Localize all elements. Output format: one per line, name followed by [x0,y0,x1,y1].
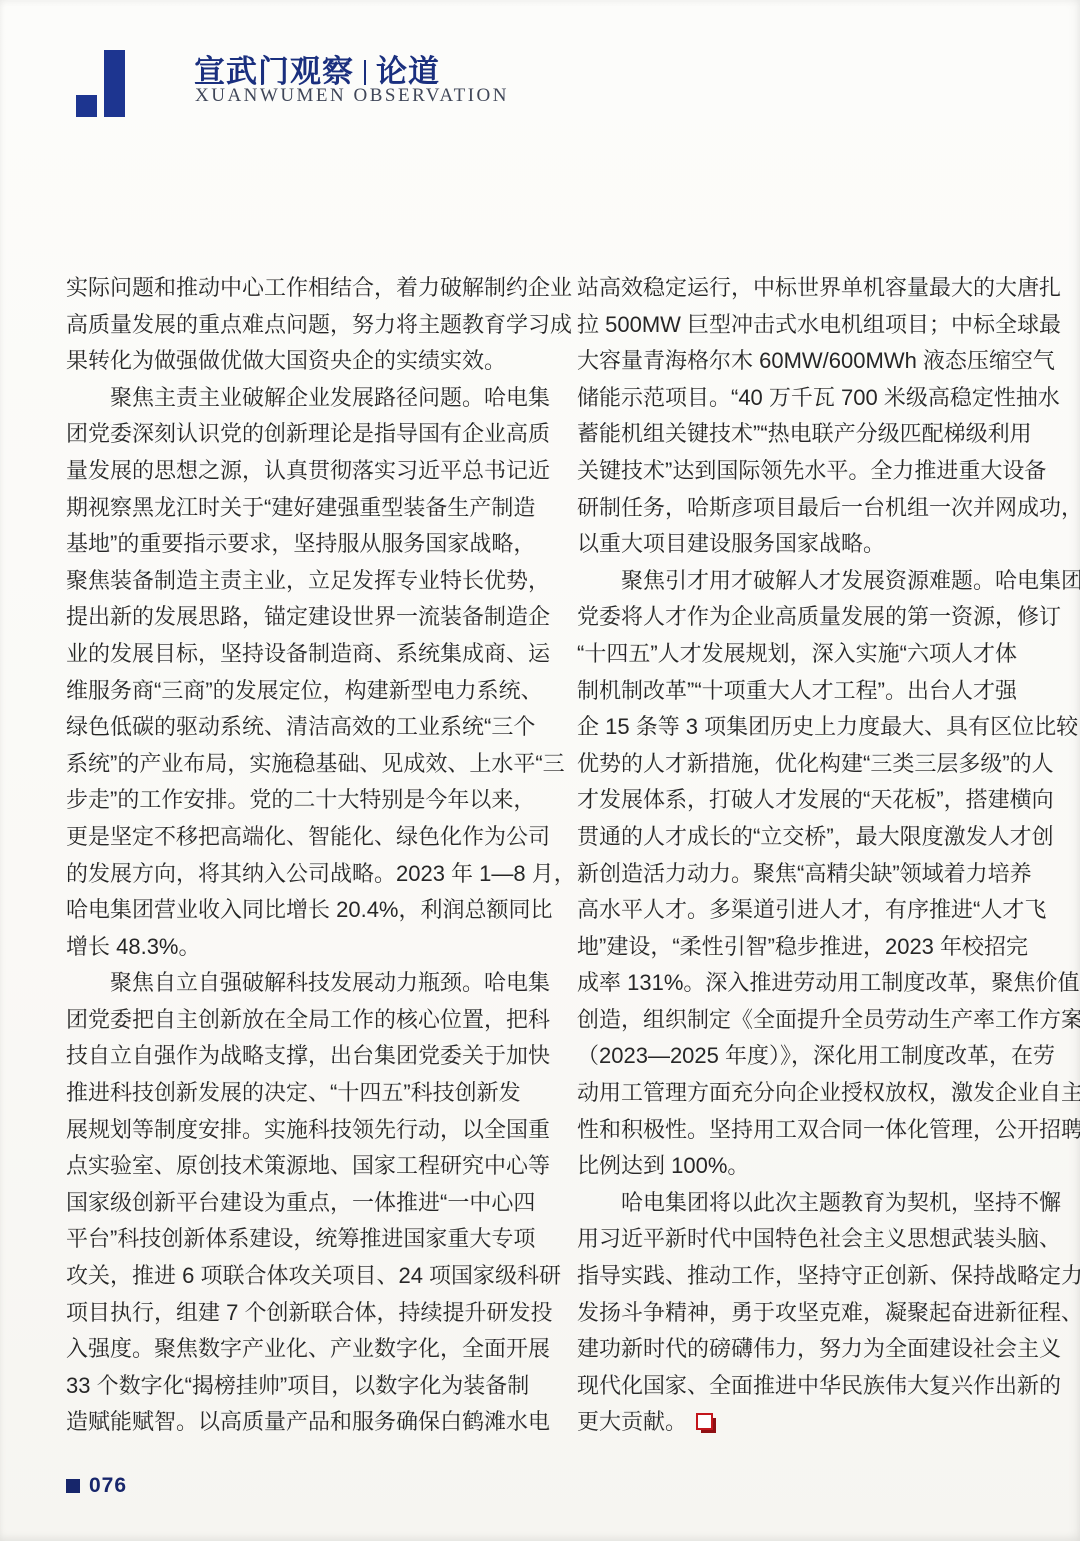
text-line: 地”建设，“柔性引智”稳步推进，2023 年校招完 [577,929,1039,966]
end-of-article-icon [696,1413,713,1430]
text-line: 造赋能赋智。以高质量产品和服务确保白鹤滩水电 [66,1404,528,1441]
text-line: 党委将人才作为企业高质量发展的第一资源，修订 [577,599,1039,636]
text-line: 优势的人才新措施，优化构建“三类三层多级”的人 [577,746,1039,783]
text-line: 点实验室、原创技术策源地、国家工程研究中心等 [66,1148,528,1185]
text-line: 推进科技创新发展的决定、“十四五”科技创新发 [66,1075,528,1112]
page-number-square-icon [66,1479,80,1493]
text-line: 量发展的思想之源，认真贯彻落实习近平总书记近 [66,453,528,490]
text-line: 性和积极性。坚持用工双合同一体化管理，公开招聘 [577,1112,1039,1149]
page-number: 076 [89,1474,127,1498]
text-line: 技自立自强作为战略支撑，出台集团党委关于加快 [66,1038,528,1075]
text-line: 哈电集团营业收入同比增长 20.4%，利润总额同比 [66,892,528,929]
text-line: 绿色低碳的驱动系统、清洁高效的工业系统“三个 [66,709,528,746]
text-line: 期视察黑龙江时关于“建好建强重型装备生产制造 [66,490,528,527]
text-line: 团党委把自主创新放在全局工作的核心位置，把科 [66,1002,528,1039]
text-line: 制机制改革”“十项重大人才工程”。出台人才强 [577,673,1039,710]
text-line: 现代化国家、全面推进中华民族伟大复兴作出新的 [577,1368,1039,1405]
text-line: 高水平人才。多渠道引进人才，有序推进“人才飞 [577,892,1039,929]
text-line: 站高效稳定运行，中标世界单机容量最大的大唐扎 [577,270,1039,307]
text-line: 储能示范项目。“40 万千瓦 700 米级高稳定性抽水 [577,380,1039,417]
text-line: 比例达到 100%。 [577,1148,1039,1185]
text-line: 创造，组织制定《全面提升全员劳动生产率工作方案 [577,1002,1039,1039]
text-line: 企 15 条等 3 项集团历史上力度最大、具有区位比较 [577,709,1039,746]
text-line: 高质量发展的重点难点问题，努力将主题教育学习成 [66,307,528,344]
text-line: 建功新时代的磅礴伟力，努力为全面建设社会主义 [577,1331,1039,1368]
text-line: 蓄能机组关键技术”“热电联产分级匹配梯级利用 [577,416,1039,453]
text-line: 展规划等制度安排。实施科技领先行动，以全国重 [66,1112,528,1149]
text-line: 攻关，推进 6 项联合体攻关项目、24 项国家级科研 [66,1258,528,1295]
text-line: 才发展体系，打破人才发展的“天花板”，搭建横向 [577,782,1039,819]
text-line: 新创造活力动力。聚焦“高精尖缺”领域着力培养 [577,856,1039,893]
brand-section-cn: 论道 [376,54,440,89]
text-line: 平台”科技创新体系建设，统筹推进国家重大专项 [66,1221,528,1258]
brand-name-cn: 宣武门观察 [194,54,354,89]
brand-divider [364,60,366,85]
text-line: 项目执行，组建 7 个创新联合体，持续提升研发投 [66,1295,528,1332]
article-column-left: 实际问题和推动中心工作相结合，着力破解制约企业高质量发展的重点难点问题，努力将主… [66,270,528,1441]
text-line: 大容量青海格尔木 60MW/600MWh 液态压缩空气 [577,343,1039,380]
text-line: 聚焦主责主业破解企业发展路径问题。哈电集 [66,380,528,417]
text-line: 提出新的发展思路，锚定建设世界一流装备制造企 [66,599,528,636]
text-line: 更是坚定不移把高端化、智能化、绿色化作为公司 [66,819,528,856]
text-line: 研制任务，哈斯彦项目最后一台机组一次并网成功， [577,490,1039,527]
text-line: 聚焦装备制造主责主业，立足发挥专业特长优势， [66,563,528,600]
article-column-right: 站高效稳定运行，中标世界单机容量最大的大唐扎拉 500MW 巨型冲击式水电机组项… [577,270,1039,1441]
text-line: 业的发展目标，坚持设备制造商、系统集成商、运 [66,636,528,673]
text-line: 聚焦引才用才破解人才发展资源难题。哈电集团 [577,563,1039,600]
page-footer: 076 [66,1474,127,1498]
text-line: 哈电集团将以此次主题教育为契机，坚持不懈 [577,1185,1039,1222]
text-line: 团党委深刻认识党的创新理论是指导国有企业高质 [66,416,528,453]
magazine-page: 宣武门观察论道 XUANWUMEN OBSERVATION 实际问题和推动中心工… [0,0,1080,1541]
text-line: 基地”的重要指示要求，坚持服从服务国家战略， [66,526,528,563]
text-line: 系统”的产业布局，实施稳基础、见成效、上水平“三 [66,746,528,783]
text-line: 步走”的工作安排。党的二十大特别是今年以来， [66,782,528,819]
text-line: 动用工管理方面充分向企业授权放权，激发企业自主 [577,1075,1039,1112]
logo-short-bar [76,95,97,117]
text-line: 维服务商“三商”的发展定位，构建新型电力系统、 [66,673,528,710]
logo-tall-bar [104,50,125,117]
brand-name-en: XUANWUMEN OBSERVATION [195,85,509,107]
text-line: 增长 48.3%。 [66,929,528,966]
text-line: 拉 500MW 巨型冲击式水电机组项目；中标全球最 [577,307,1039,344]
brand-logo-icon [76,50,125,118]
text-line: 更大贡献。 [577,1404,1039,1441]
text-line: 指导实践、推动工作，坚持守正创新、保持战略定力， [577,1258,1039,1295]
text-line: 国家级创新平台建设为重点，一体推进“一中心四 [66,1185,528,1222]
text-line: （2023—2025 年度）》，深化用工制度改革，在劳 [577,1038,1039,1075]
text-line: 成率 131%。深入推进劳动用工制度改革，聚焦价值 [577,965,1039,1002]
text-line: 的发展方向，将其纳入公司战略。2023 年 1—8 月， [66,856,528,893]
text-line: 用习近平新时代中国特色社会主义思想武装头脑、 [577,1221,1039,1258]
text-line: 聚焦自立自强破解科技发展动力瓶颈。哈电集 [66,965,528,1002]
text-line: 33 个数字化“揭榜挂帅”项目，以数字化为装备制 [66,1368,528,1405]
text-line: 关键技术”达到国际领先水平。全力推进重大设备 [577,453,1039,490]
text-line: 果转化为做强做优做大国资央企的实绩实效。 [66,343,528,380]
text-line: “十四五”人才发展规划，深入实施“六项人才体 [577,636,1039,673]
text-line: 实际问题和推动中心工作相结合，着力破解制约企业 [66,270,528,307]
text-line: 贯通的人才成长的“立交桥”，最大限度激发人才创 [577,819,1039,856]
text-line: 入强度。聚焦数字产业化、产业数字化，全面开展 [66,1331,528,1368]
text-line: 以重大项目建设服务国家战略。 [577,526,1039,563]
text-line: 发扬斗争精神，勇于攻坚克难，凝聚起奋进新征程、 [577,1295,1039,1332]
